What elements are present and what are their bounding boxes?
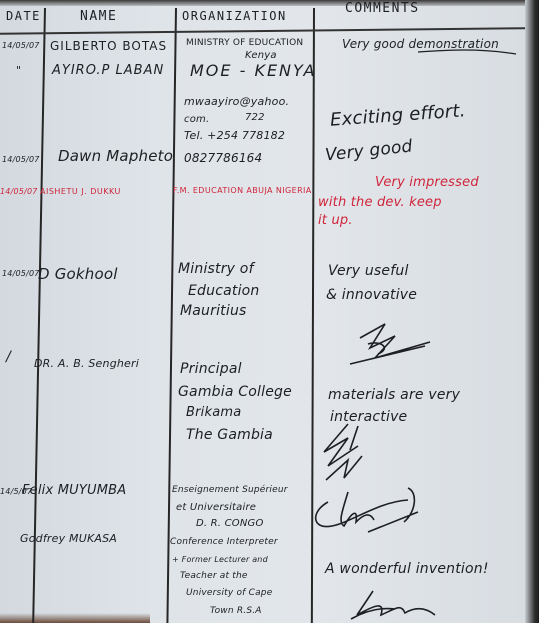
table-edge [0, 613, 150, 623]
entry-organization: D. R. CONGO [196, 518, 264, 529]
entry-organization: Town R.S.A [210, 607, 262, 617]
header-name: NAME [80, 10, 117, 24]
entry-name: AISHETU J. DUKKU [40, 188, 121, 197]
entry-name: Godfrey MUKASA [20, 533, 117, 545]
entry-organization: Kenya [245, 50, 277, 61]
entry-comment: with the dev. keep [318, 196, 442, 210]
entry-comment: it up. [318, 214, 353, 228]
page-top-edge [0, 0, 539, 6]
entry-organization: Teacher at the [180, 572, 248, 582]
entry-comment: Very impressed [375, 176, 479, 190]
entry-organization: + Former Lecturer and [172, 556, 268, 565]
entry-date: 14/05/07 [0, 188, 38, 197]
entry-organization: 0827786164 [184, 152, 262, 165]
entry-organization: Ministry of [178, 262, 254, 277]
entry-name: D Gokhool [38, 266, 118, 283]
entry-date: " [16, 65, 21, 77]
entry-organization: Enseignement Supérieur [172, 486, 288, 496]
entry-organization: 722 [245, 112, 265, 123]
entry-organization: F.M. EDUCATION ABUJA NIGERIA [173, 187, 312, 196]
signature-icon [318, 420, 378, 490]
entry-date: 14/05/07 [2, 42, 40, 51]
entry-name: AYIRO.P LABAN [52, 64, 164, 78]
entry-organization: mwaayiro@yahoo. [184, 96, 289, 108]
entry-organization: University of Cape [186, 589, 272, 599]
entry-organization: Gambia College [178, 385, 292, 400]
header-comments: COMMENTS [345, 2, 420, 16]
entry-comment: A wonderful invention! [325, 562, 489, 577]
entry-comment: Very useful [328, 264, 409, 279]
visitor-book-page [0, 0, 525, 623]
entry-date: / [6, 350, 11, 365]
entry-organization: Principal [180, 362, 242, 377]
signature-icon [345, 585, 455, 623]
header-organization: ORGANIZATION [182, 10, 287, 23]
entry-comment: materials are very [328, 388, 460, 403]
header-date: DATE [6, 10, 41, 23]
entry-name: Dawn Mapheto [58, 148, 173, 165]
entry-comment: & innovative [326, 288, 417, 303]
underline-icon [418, 44, 518, 58]
entry-organization: MOE - KENYA [190, 62, 317, 80]
entry-organization: com. [184, 114, 209, 125]
book-spine-shadow [525, 0, 539, 623]
entry-organization: The Gambia [186, 428, 273, 443]
entry-date: 14/05/07 [2, 270, 40, 279]
signature-icon [330, 318, 440, 368]
entry-name: Felix MUYUMBA [22, 484, 126, 498]
entry-organization: Tel. +254 778182 [184, 130, 285, 142]
entry-organization: MINISTRY OF EDUCATION [186, 39, 303, 49]
signature-icon [308, 482, 428, 542]
entry-organization: et Universitaire [176, 502, 256, 513]
entry-organization: Conference Interpreter [170, 538, 278, 548]
entry-organization: Brikama [186, 406, 241, 420]
entry-name: DR. A. B. Sengheri [34, 358, 139, 370]
entry-organization: Education [188, 284, 260, 299]
entry-name: GILBERTO BOTAS [50, 40, 167, 53]
entry-date: 14/05/07 [2, 156, 40, 165]
entry-organization: Mauritius [180, 304, 247, 319]
